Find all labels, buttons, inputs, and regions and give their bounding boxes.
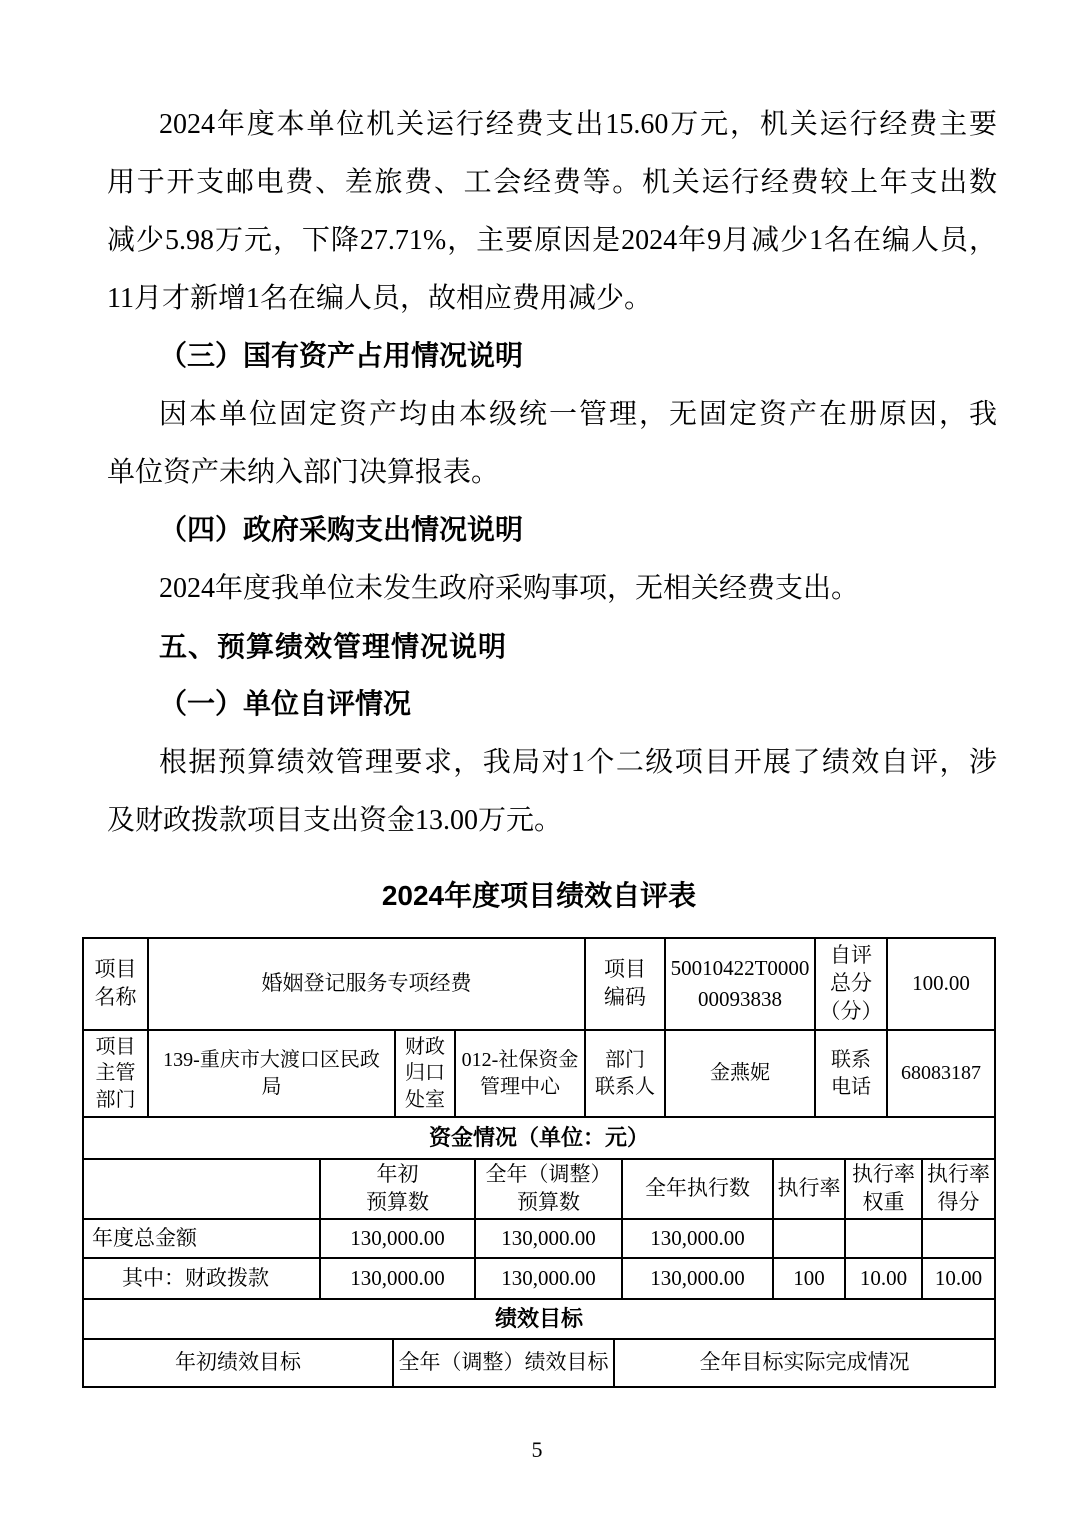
- cell-goal-actual: 全年目标实际完成情况: [615, 1340, 994, 1386]
- cell-fiscal-initial: 130,000.00: [321, 1259, 476, 1298]
- heading-budget-performance: 五、预算绩效管理情况说明: [107, 618, 997, 676]
- table-title: 2024年度项目绩效自评表: [82, 878, 996, 914]
- cell-annual-total-rate-weight: [846, 1220, 923, 1257]
- document-page: 2024年度本单位机关运行经费支出15.60万元，机关运行经费主要 用于开支邮电…: [0, 0, 1074, 1520]
- cell-annual-total-adjusted: 130,000.00: [476, 1220, 623, 1257]
- table-band-funds-title: 资金情况（单位：元）: [84, 1118, 994, 1160]
- self-evaluation-table: 项目 名称 婚姻登记服务专项经费 项目 编码 50010422T00000009…: [82, 937, 996, 1388]
- cell-goal-initial: 年初绩效目标: [84, 1340, 394, 1386]
- cell-self-score-value: 100.00: [888, 939, 994, 1029]
- cell-funds-col-adjusted-budget: 全年（调整） 预算数: [476, 1160, 623, 1218]
- cell-funds-col-empty: [84, 1160, 321, 1218]
- cell-project-name-label: 项目 名称: [84, 939, 149, 1029]
- table-row-funds-header: 年初 预算数 全年（调整） 预算数 全年执行数 执行率 执行率 权重 执行率 得…: [84, 1160, 994, 1220]
- cell-annual-total-rate-score: [923, 1220, 994, 1257]
- cell-dept-label: 项目 主管 部门: [84, 1031, 149, 1116]
- cell-goals-band-title: 绩效目标: [84, 1300, 994, 1338]
- page-number: 5: [0, 1437, 1074, 1463]
- table-row-annual-total: 年度总金额 130,000.00 130,000.00 130,000.00: [84, 1220, 994, 1259]
- cell-funds-col-rate-score: 执行率 得分: [923, 1160, 994, 1218]
- cell-fiscal-rate-score: 10.00: [923, 1259, 994, 1298]
- cell-phone-label: 联系 电话: [816, 1031, 888, 1116]
- cell-fiscal-exec-rate: 100: [774, 1259, 846, 1298]
- cell-annual-total-exec-rate: [774, 1220, 846, 1257]
- table-row-project: 项目 名称 婚姻登记服务专项经费 项目 编码 50010422T00000009…: [84, 939, 994, 1031]
- cell-fiscal-executed: 130,000.00: [623, 1259, 774, 1298]
- table-row-fiscal-appropriation: 其中：财政拨款 130,000.00 130,000.00 130,000.00…: [84, 1259, 994, 1300]
- heading-procurement: （四）政府采购支出情况说明: [107, 502, 997, 560]
- cell-fiscal-rate-weight: 10.00: [846, 1259, 923, 1298]
- cell-funds-col-executed: 全年执行数: [623, 1160, 774, 1218]
- para-operating-expenses-line: 用于开支邮电费、差旅费、工会经费等。机关运行经费较上年支出数: [107, 154, 997, 212]
- cell-finance-office-label: 财政 归口 处室: [396, 1031, 456, 1116]
- cell-self-score-label: 自评 总分 （分）: [816, 939, 888, 1029]
- cell-annual-total-executed: 130,000.00: [623, 1220, 774, 1257]
- body-text: 2024年度本单位机关运行经费支出15.60万元，机关运行经费主要 用于开支邮电…: [107, 96, 997, 850]
- heading-state-assets: （三）国有资产占用情况说明: [107, 328, 997, 386]
- cell-goal-adjusted: 全年（调整）绩效目标: [394, 1340, 615, 1386]
- cell-fiscal-adjusted: 130,000.00: [476, 1259, 623, 1298]
- para-state-assets-line: 单位资产未纳入部门决算报表。: [107, 444, 997, 502]
- cell-dept-value: 139-重庆市大渡口区民政 局: [149, 1031, 396, 1116]
- para-operating-expenses-line: 11月才新增1名在编人员，故相应费用减少。: [107, 270, 997, 328]
- para-self-evaluation-line: 根据预算绩效管理要求，我局对1个二级项目开展了绩效自评，涉: [107, 734, 997, 792]
- cell-project-code-value: 50010422T000000093838: [666, 939, 816, 1029]
- cell-finance-office-value: 012-社保资金 管理中心: [456, 1031, 586, 1116]
- cell-funds-col-initial-budget: 年初 预算数: [321, 1160, 476, 1218]
- self-evaluation-table-section: 2024年度项目绩效自评表 项目 名称 婚姻登记服务专项经费 项目 编码 500…: [82, 878, 996, 1388]
- cell-phone-value: 68083187: [888, 1031, 994, 1116]
- table-row-goals-header: 年初绩效目标 全年（调整）绩效目标 全年目标实际完成情况: [84, 1340, 994, 1386]
- para-state-assets-line: 因本单位固定资产均由本级统一管理，无固定资产在册原因，我: [107, 386, 997, 444]
- cell-annual-total-label: 年度总金额: [84, 1220, 321, 1257]
- table-row-department: 项目 主管 部门 139-重庆市大渡口区民政 局 财政 归口 处室 012-社保…: [84, 1031, 994, 1118]
- para-operating-expenses-line: 减少5.98万元，下降27.71%，主要原因是2024年9月减少1名在编人员，: [107, 212, 997, 270]
- heading-self-evaluation: （一）单位自评情况: [107, 676, 997, 734]
- para-operating-expenses-line: 2024年度本单位机关运行经费支出15.60万元，机关运行经费主要: [107, 96, 997, 154]
- cell-project-code-label: 项目 编码: [586, 939, 666, 1029]
- cell-contact-label: 部门 联系人: [586, 1031, 666, 1116]
- cell-funds-col-rate-weight: 执行率 权重: [846, 1160, 923, 1218]
- cell-fiscal-label: 其中：财政拨款: [84, 1259, 321, 1298]
- cell-annual-total-initial: 130,000.00: [321, 1220, 476, 1257]
- para-procurement: 2024年度我单位未发生政府采购事项，无相关经费支出。: [107, 560, 997, 618]
- para-self-evaluation-line: 及财政拨款项目支出资金13.00万元。: [107, 792, 997, 850]
- cell-funds-col-exec-rate: 执行率: [774, 1160, 846, 1218]
- cell-funds-band-title: 资金情况（单位：元）: [84, 1118, 994, 1158]
- table-band-goals-title: 绩效目标: [84, 1300, 994, 1340]
- cell-project-name-value: 婚姻登记服务专项经费: [149, 939, 586, 1029]
- cell-contact-value: 金燕妮: [666, 1031, 816, 1116]
